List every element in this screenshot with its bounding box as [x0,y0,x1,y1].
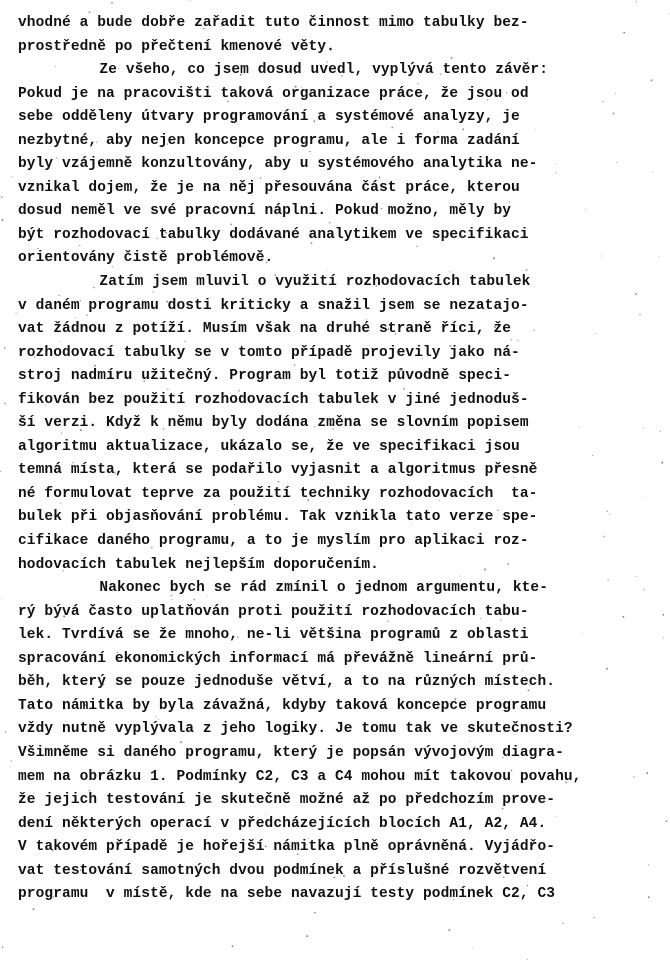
text-line: né formulovat teprve za použití techniky… [18,483,644,507]
text-line: prostředně po přečtení kmenové věty. [18,36,644,60]
text-line: lek. Tvrdívá se že mnoho, ne-li většina … [18,624,644,648]
text-line: rozhodovací tabulky se v tomto případě p… [18,342,644,366]
text-line: že jejich testování je skutečně možné až… [18,789,644,813]
text-line: stroj nadmíru užitečný. Program byl toti… [18,365,644,389]
text-line: byly vzájemně konzultovány, aby u systém… [18,153,644,177]
text-line: dení některých operací v předcházejících… [18,813,644,837]
text-line: Zatím jsem mluvil o využití rozhodovacíc… [18,271,644,295]
text-line: Nakonec bych se rád zmínil o jednom argu… [18,577,644,601]
text-line: ší verzi. Když k němu byly dodána změna … [18,412,644,436]
text-line: bulek při objasňování problému. Tak vzni… [18,506,644,530]
text-line: cifikace daného programu, a to je myslím… [18,530,644,554]
text-line: rý bývá často uplatňován proti použití r… [18,601,644,625]
text-line: vat žádnou z potíží. Musím však na druhé… [18,318,644,342]
text-line: vhodné a bude dobře zařadit tuto činnost… [18,12,644,36]
text-line: Tato námitka by byla závažná, kdyby tako… [18,695,644,719]
text-line: v daném programu dosti kriticky a snažil… [18,295,644,319]
text-line: V takovém případě je hořejší námitka pln… [18,836,644,860]
text-line: algoritmu aktualizace, ukázalo se, že ve… [18,436,644,460]
document-body-text: vhodné a bude dobře zařadit tuto činnost… [18,12,648,907]
text-line: vždy nutně vyplývala z jeho logiky. Je t… [18,718,644,742]
text-line: temná místa, která se podařilo vyjasnit … [18,459,644,483]
text-line: Pokud je na pracovišti taková organizace… [18,83,644,107]
text-line: být rozhodovací tabulky dodávané analyti… [18,224,644,248]
text-line: vznikal dojem, že je na něj přesouvána č… [18,177,644,201]
text-line: programu v místě, kde na sebe navazují t… [18,883,644,907]
text-line: vat testování samotných dvou podmínek a … [18,860,644,884]
text-line: orientovány čistě problémově. [18,247,644,271]
text-line: hodovacích tabulek nejlepším doporučením… [18,554,644,578]
text-line: fikován bez použití rozhodovacích tabule… [18,389,644,413]
text-line: Ze všeho, co jsem dosud uvedl, vyplývá t… [18,59,644,83]
text-line: sebe odděleny útvary programování a syst… [18,106,644,130]
text-line: běh, který se pouze jednoduše větví, a t… [18,671,644,695]
scanned-document-page: vhodné a bude dobře zařadit tuto činnost… [0,0,670,968]
text-line: nezbytné, aby nejen koncepce programu, a… [18,130,644,154]
text-line: mem na obrázku 1. Podmínky C2, C3 a C4 m… [18,766,644,790]
text-line: dosud neměl ve své pracovní náplni. Poku… [18,200,644,224]
text-line: Všimněme si daného programu, který je po… [18,742,644,766]
text-line: spracování ekonomických informací má pře… [18,648,644,672]
